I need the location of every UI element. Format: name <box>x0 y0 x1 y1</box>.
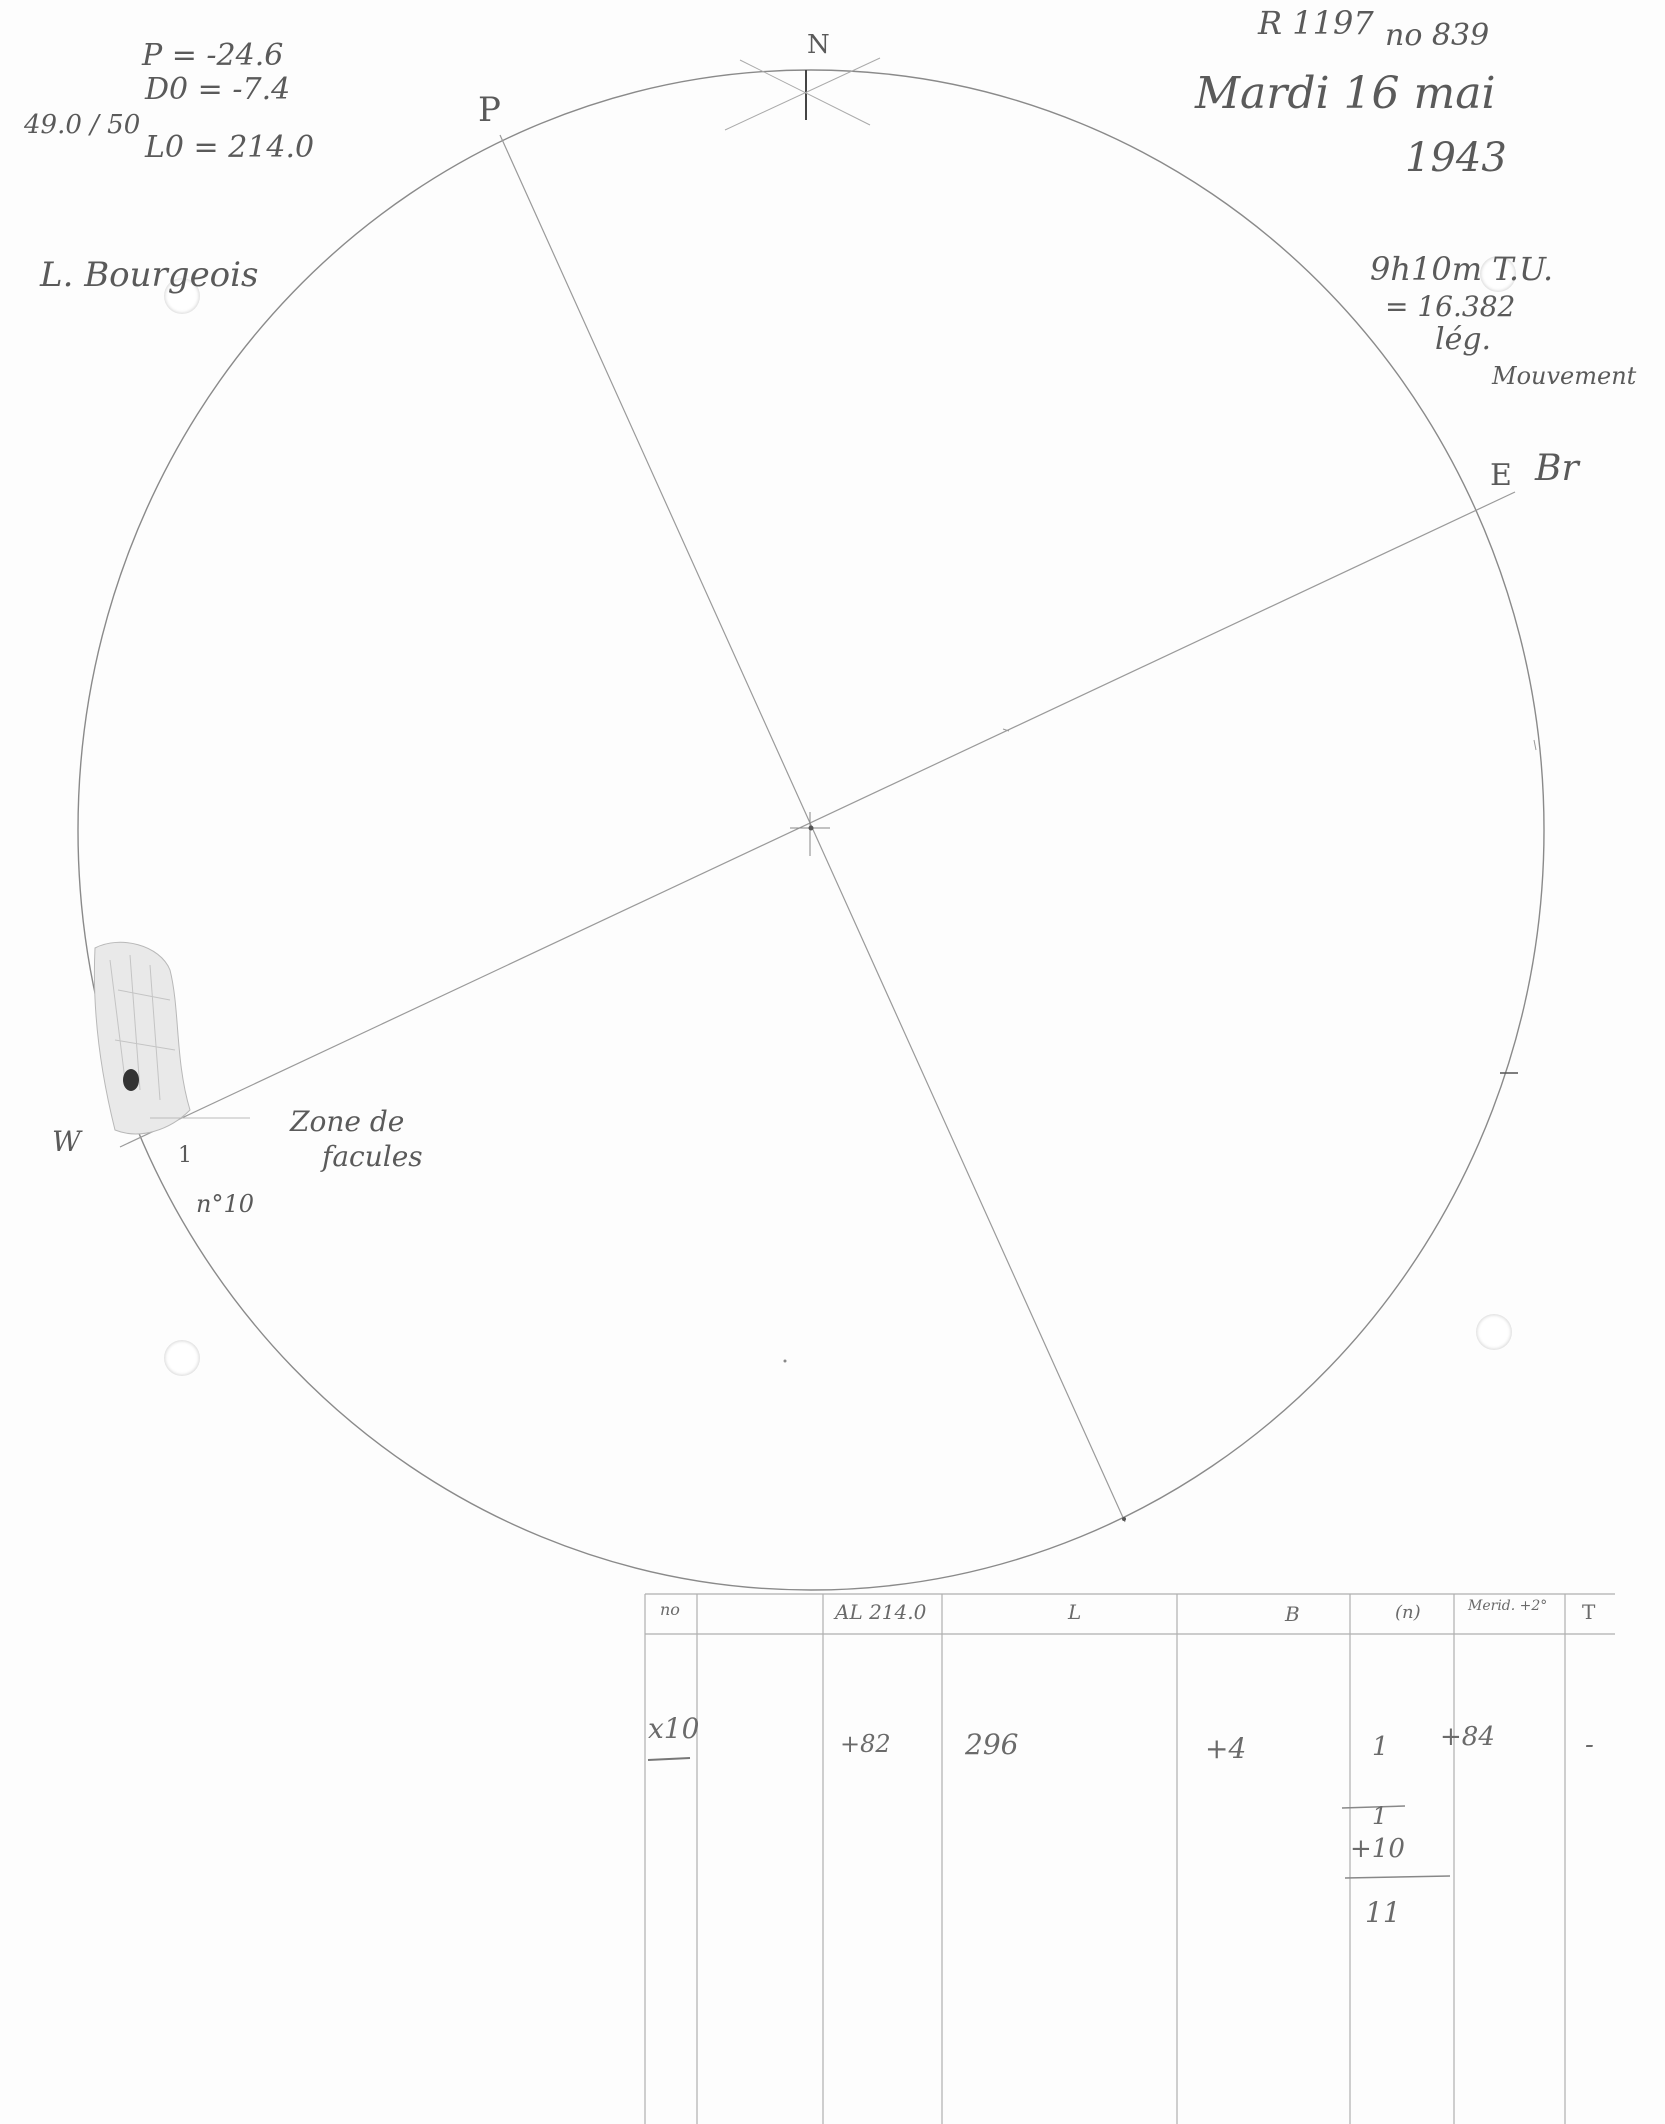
date-year: 1943 <box>1405 135 1507 181</box>
facula-note-line2: facules <box>322 1140 423 1173</box>
sum-line1: 1 <box>1372 1802 1387 1830</box>
west-label: W <box>52 1125 81 1158</box>
col-header-b: B <box>1285 1602 1300 1626</box>
axis-end-dot <box>1122 1517 1126 1521</box>
equator-line <box>120 492 1515 1147</box>
col-header-n: (n) <box>1395 1602 1421 1623</box>
seeing-note: lég. <box>1435 322 1491 357</box>
cell-b: +4 <box>1205 1732 1246 1765</box>
date-day: Mardi 16 mai <box>1195 68 1496 119</box>
measurement-table-grid <box>645 1594 1615 2124</box>
seeing-note-2: Mouvement <box>1492 362 1636 390</box>
cell-l: 296 <box>965 1728 1018 1761</box>
sunspot-group-1 <box>123 1069 139 1091</box>
observation-time-decimal: = 16.382 <box>1385 290 1515 323</box>
cell-merid: +84 <box>1440 1722 1495 1752</box>
cell-no: x10 <box>648 1712 699 1745</box>
sum-total: 11 <box>1365 1896 1401 1929</box>
north-marker-icon <box>725 58 880 130</box>
binder-hole-bottom-right <box>1476 1314 1512 1350</box>
b0-value: D0 = -7.4 <box>145 72 290 107</box>
limb-tick-small <box>1534 740 1536 750</box>
drawing-number: no 839 <box>1385 18 1489 53</box>
col-header-t: T <box>1582 1600 1595 1624</box>
col-header-al: AL 214.0 <box>835 1600 926 1624</box>
east-note: Br <box>1535 448 1579 489</box>
group-note: n°10 <box>196 1190 254 1218</box>
col-header-merid: Merid. +2° <box>1468 1598 1547 1614</box>
facula-zone-sketch <box>94 942 250 1134</box>
cell-al: +82 <box>840 1730 891 1758</box>
observer-name: L. Bourgeois <box>40 255 258 295</box>
binder-hole-bottom-left <box>164 1340 200 1376</box>
observation-time: 9h10m T.U. <box>1370 250 1553 288</box>
cell-n: 1 <box>1372 1732 1389 1762</box>
side-values: 49.0 / 50 <box>24 110 140 140</box>
l0-value: L0 = 214.0 <box>145 130 314 165</box>
ref-number: R 1197 <box>1258 4 1374 42</box>
center-mark-icon <box>790 812 830 856</box>
east-label: E <box>1490 458 1512 493</box>
north-label: N <box>807 30 830 60</box>
pole-label: P <box>478 90 501 130</box>
facula-note-line1: Zone de <box>290 1105 404 1138</box>
cell-t: - <box>1585 1730 1594 1760</box>
col-header-l: L <box>1068 1600 1081 1624</box>
stray-mark <box>784 1360 787 1363</box>
col-header-no: no <box>660 1600 680 1619</box>
p-angle-value: P = -24.6 <box>142 38 283 73</box>
sum-line2: +10 <box>1350 1834 1405 1864</box>
group-number-label: 1 <box>178 1143 192 1168</box>
